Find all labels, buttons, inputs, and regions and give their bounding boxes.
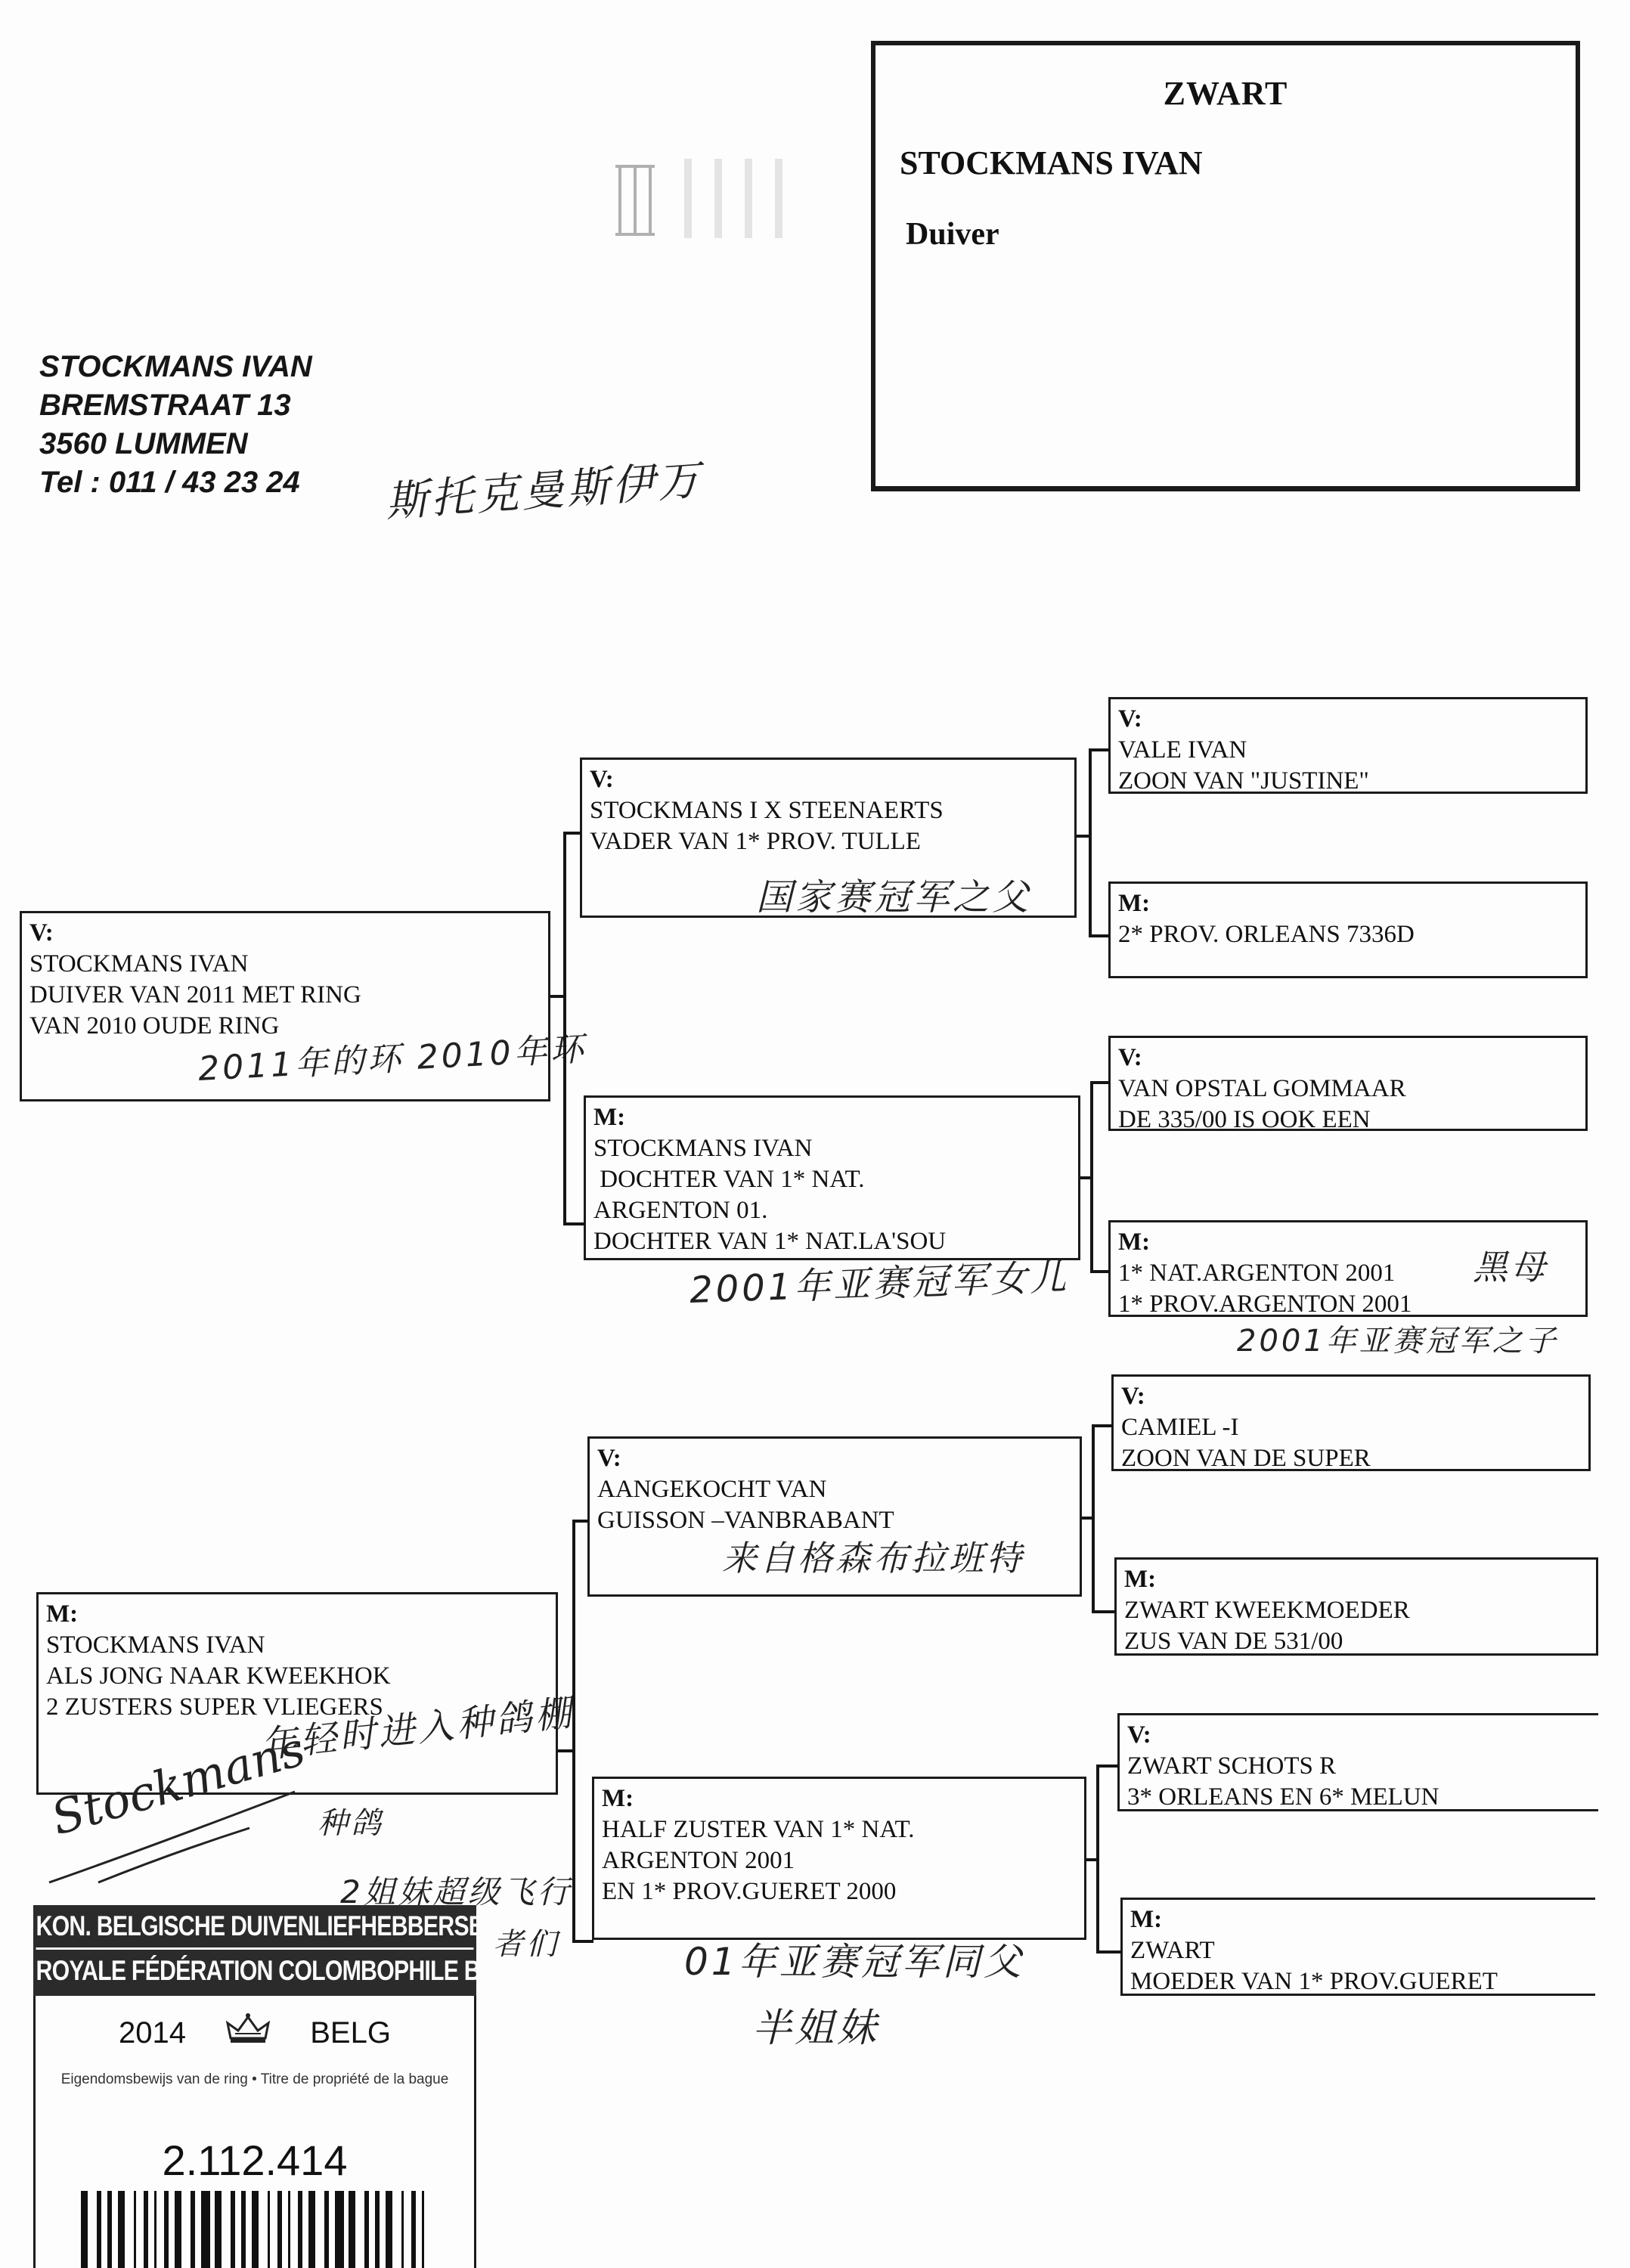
bracket-connector [1090,1081,1093,1273]
bracket-connector [572,1520,575,1943]
handwritten-dam-sire-note: 来自格森布拉班特 [722,1531,1024,1581]
pedigree-line: ZOON VAN "JUSTINE" [1118,766,1578,797]
bracket-connector [1096,1765,1099,1954]
role-label: M: [1130,1904,1588,1935]
crown-icon [225,2012,271,2053]
faded-logo-watermark [605,144,824,249]
pigeon-color: ZWART [875,74,1576,113]
bracket-connector [563,832,566,1225]
pedigree-line: ZWART KWEEKMOEDER [1124,1595,1588,1626]
pedigree-line: STOCKMANS I X STEENAERTS [590,795,1067,826]
pedigree-line: STOCKMANS IVAN [46,1630,548,1661]
pigeon-color-box: ZWART STOCKMANS IVAN Duiver [871,41,1580,491]
bracket-connector [1086,1858,1097,1861]
pedigree-line: MOEDER VAN 1* PROV.GUERET [1130,1966,1588,1997]
org-name-dutch: KON. BELGISCHE DUIVENLIEFHEBBERSBOND [36,1905,474,1947]
bracket-connector [563,832,581,835]
role-label: V: [597,1443,1072,1474]
role-label: M: [602,1783,1077,1814]
bracket-connector [1089,934,1110,937]
owner-name: STOCKMANS IVAN [900,144,1203,182]
role-label: M: [593,1102,1071,1133]
pedigree-line: 3* ORLEANS EN 6* MELUN [1127,1782,1591,1813]
pedigree-box-sire-dam-sire: V: VAN OPSTAL GOMMAAR DE 335/00 IS OOK E… [1108,1036,1588,1131]
handwritten-dam-dam-note: 01年亚赛冠军同父 [684,1932,1024,1986]
handwritten-sire-dam-dam-side-note: 黑母 [1473,1240,1548,1290]
bracket-connector [1080,1176,1091,1179]
bracket-connector [1090,1081,1110,1084]
pedigree-line: VAN OPSTAL GOMMAAR [1118,1074,1578,1105]
pedigree-line: VALE IVAN [1118,735,1578,766]
ring-country: BELG [310,2016,391,2050]
ring-card-title: Eigendomsbewijs van de ring • Titre de p… [36,2071,474,2088]
bracket-connector [1082,1517,1092,1520]
handwritten-sire-dam-dam-note: 2001年亚赛冠军之子 [1237,1317,1559,1360]
pedigree-box-sire-dam: M: STOCKMANS IVAN DOCHTER VAN 1* NAT. AR… [584,1095,1080,1260]
pedigree-box-dam-dam-sire: V: ZWART SCHOTS R 3* ORLEANS EN 6* MELUN [1117,1713,1598,1811]
ring-card-body: 2014 BELG Eigendomsbewijs van de ring • … [33,1996,476,2268]
bracket-connector [1096,1950,1122,1954]
address-city: 3560 LUMMEN [39,425,312,463]
pedigree-box-sire-sire-dam: M: 2* PROV. ORLEANS 7336D [1108,881,1588,978]
bracket-connector [563,1222,584,1225]
bracket-connector [572,1940,593,1943]
ring-number: 2.112.414 [36,2136,474,2185]
bracket-connector [1096,1765,1119,1768]
barcode [81,2191,429,2268]
pedigree-line: ZWART SCHOTS R [1127,1751,1591,1782]
bracket-connector [572,1520,589,1523]
pedigree-line: HALF ZUSTER VAN 1* NAT. [602,1814,1077,1845]
signature-underline [45,1769,318,1890]
handwritten-header-note: 斯托克曼斯伊万 [383,447,705,529]
pigeon-sex: Duiver [906,216,999,253]
handwritten-dam-dam-note-2: 半姐妹 [752,1996,879,2053]
role-label: M: [1124,1564,1588,1595]
bracket-connector [1090,1270,1110,1273]
bracket-connector [1092,1424,1113,1427]
pedigree-line: VADER VAN 1* PROV. TULLE [590,826,1067,857]
pedigree-box-dam-sire-dam: M: ZWART KWEEKMOEDER ZUS VAN DE 531/00 [1114,1557,1598,1656]
pedigree-line: DUIVER VAN 2011 MET RING [29,980,541,1011]
handwritten-sire-sire-note: 国家赛冠军之父 [756,868,1031,920]
ring-ownership-card: KON. BELGISCHE DUIVENLIEFHEBBERSBOND ROY… [33,1905,476,2268]
bracket-connector [1092,1424,1095,1613]
pedigree-box-dam-dam: M: HALF ZUSTER VAN 1* NAT. ARGENTON 2001… [592,1777,1086,1940]
bracket-connector [1092,1610,1116,1613]
ring-card-header: KON. BELGISCHE DUIVENLIEFHEBBERSBOND ROY… [33,1905,476,1996]
ring-year: 2014 [119,2016,186,2050]
address-phone: Tel : 011 / 43 23 24 [39,463,312,502]
role-label: V: [1127,1720,1591,1751]
pedigree-line: STOCKMANS IVAN [29,949,541,980]
role-label: V: [29,918,541,949]
pedigree-line: 1* PROV.ARGENTON 2001 [1118,1289,1578,1320]
pedigree-line: ALS JONG NAAR KWEEKHOK [46,1661,548,1692]
role-label: M: [46,1599,548,1630]
bracket-connector [1089,748,1110,751]
address-name: STOCKMANS IVAN [39,348,312,386]
pedigree-line: CAMIEL -I [1121,1412,1581,1443]
role-label: V: [1118,1043,1578,1074]
bracket-connector [1089,748,1092,937]
role-label: V: [1121,1381,1581,1412]
pedigree-line: DOCHTER VAN 1* NAT. [593,1164,1071,1195]
pedigree-box-dam-dam-dam: M: ZWART MOEDER VAN 1* PROV.GUERET [1120,1898,1595,1996]
address-street: BREMSTRAAT 13 [39,386,312,425]
pedigree-line: DE 335/00 IS OOK EEN [1118,1105,1578,1136]
pedigree-line: ARGENTON 01. [593,1195,1071,1226]
owner-address: STOCKMANS IVAN BREMSTRAAT 13 3560 LUMMEN… [39,348,312,502]
pedigree-box-sire-sire-sire: V: VALE IVAN ZOON VAN "JUSTINE" [1108,697,1588,794]
pedigree-line: AANGEKOCHT VAN [597,1474,1072,1505]
role-label: V: [590,764,1067,795]
pedigree-line: ZOON VAN DE SUPER [1121,1443,1581,1474]
pedigree-line: EN 1* PROV.GUERET 2000 [602,1876,1077,1907]
pedigree-box-dam-sire-sire: V: CAMIEL -I ZOON VAN DE SUPER [1111,1374,1591,1471]
pedigree-line: ZWART [1130,1935,1588,1966]
handwritten-dam-note-2: 种鸽 [318,1799,384,1842]
handwritten-dam-note-4: 者们 [493,1920,559,1963]
role-label: V: [1118,704,1578,735]
org-name-french: ROYALE FÉDÉRATION COLOMBOPHILE BELGE [36,1947,474,1992]
pedigree-line: STOCKMANS IVAN [593,1133,1071,1164]
pedigree-line: ZUS VAN DE 531/00 [1124,1626,1588,1657]
pedigree-line: 2* PROV. ORLEANS 7336D [1118,919,1578,950]
role-label: M: [1118,888,1578,919]
pedigree-line: ARGENTON 2001 [602,1845,1077,1876]
